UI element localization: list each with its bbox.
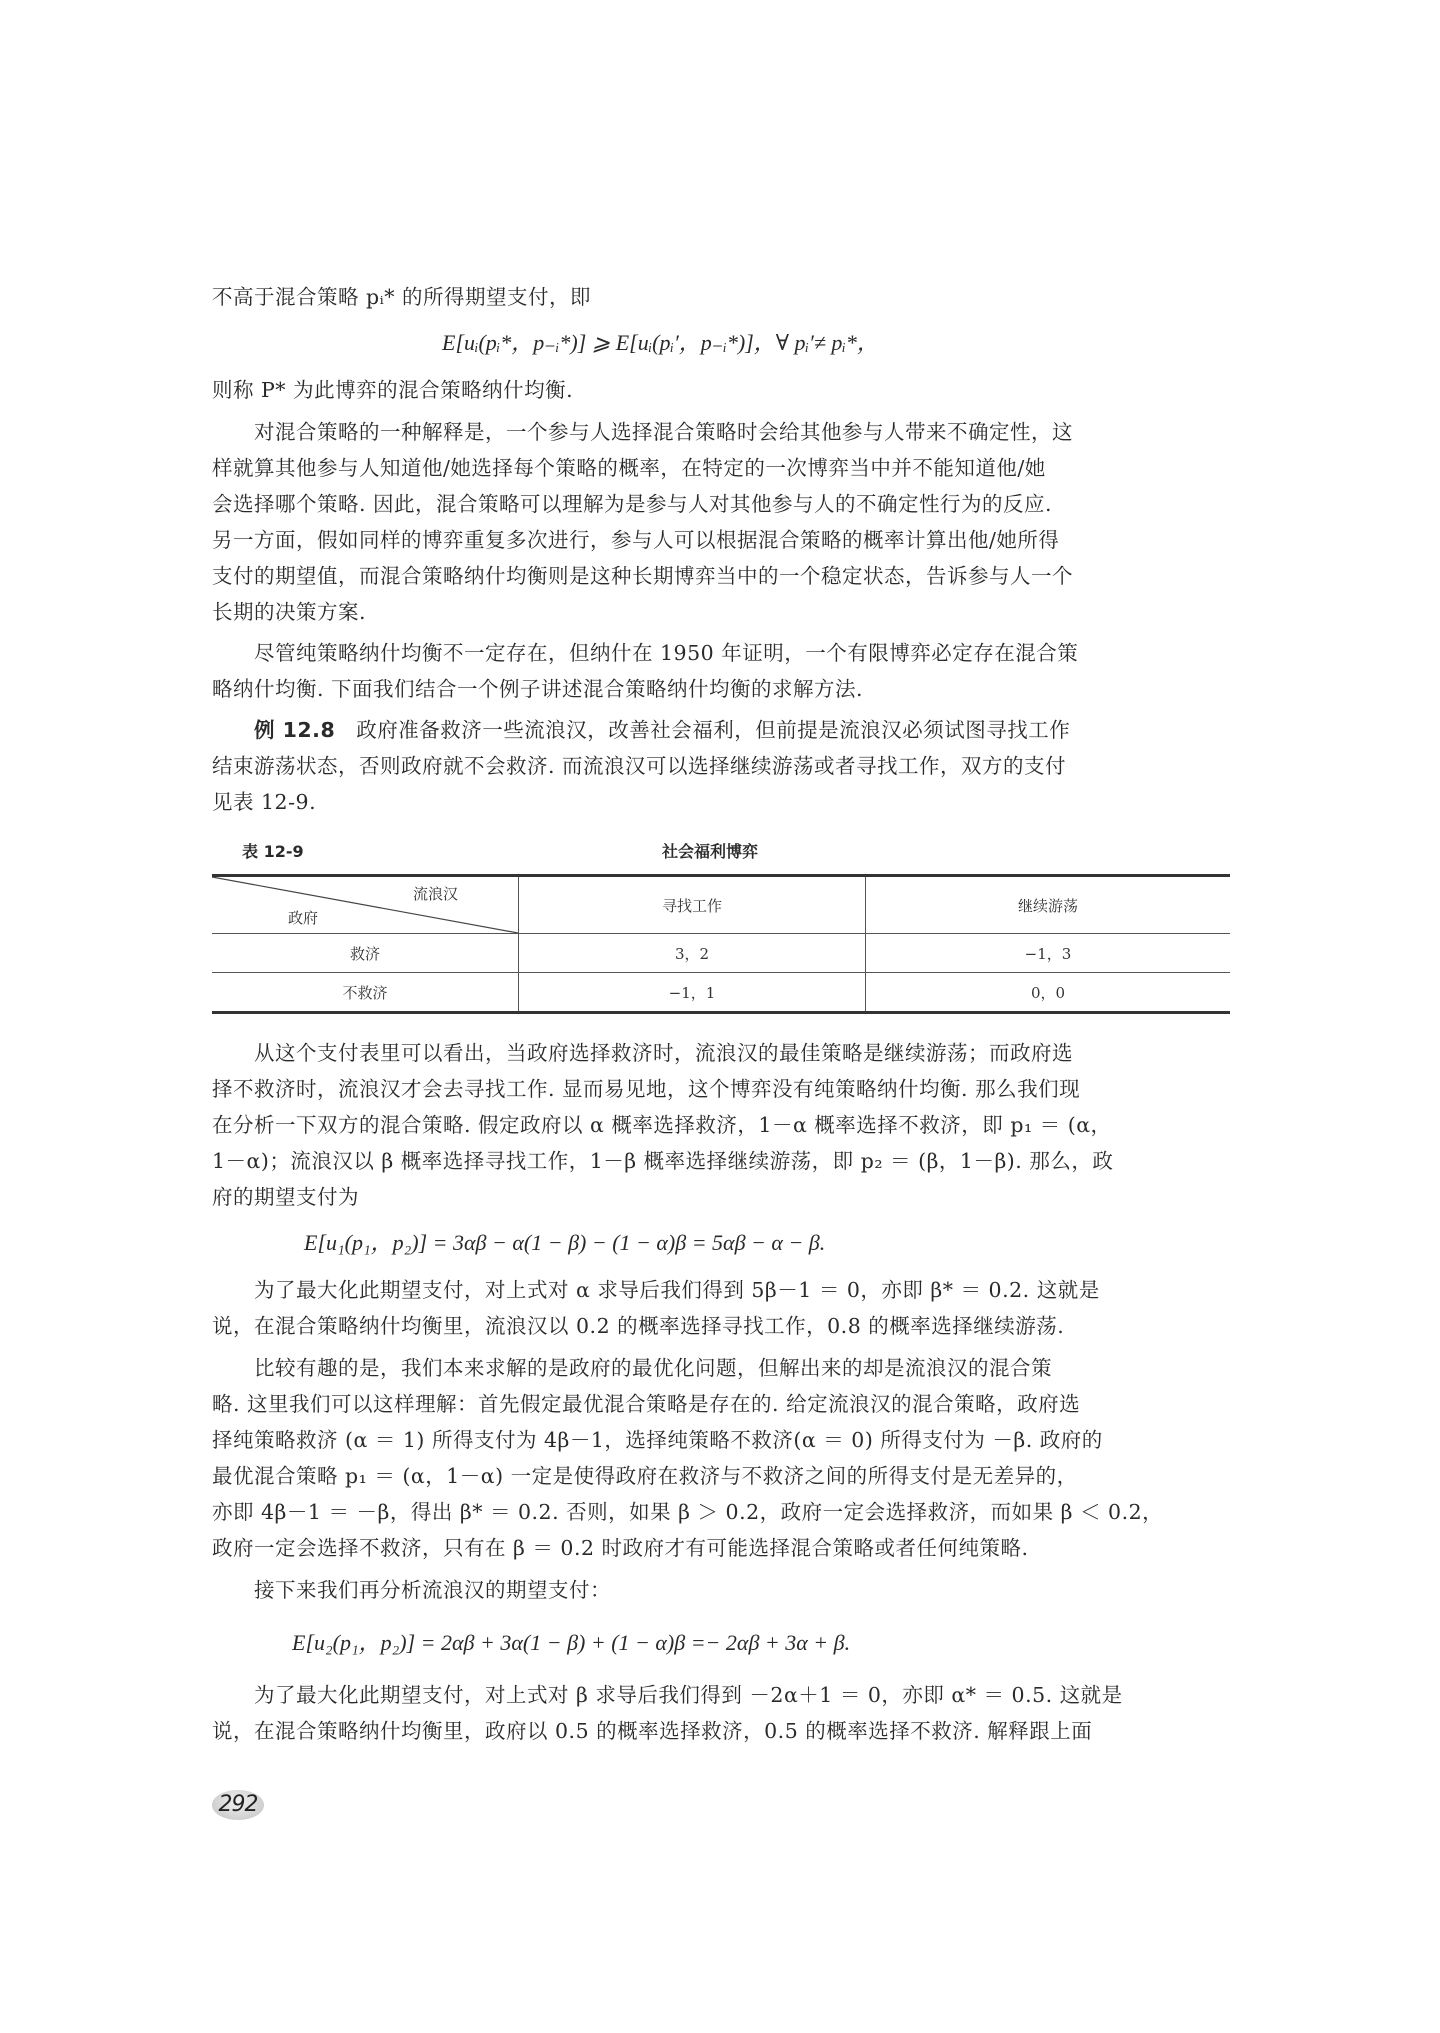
- paragraph-line: 见表 12-9.: [212, 790, 316, 814]
- column-player-label: 流浪汉: [413, 883, 458, 904]
- paragraph-line: 为了最大化此期望支付，对上式对 β 求导后我们得到 －2α＋1 ＝ 0，亦即 α…: [254, 1683, 1123, 1707]
- formula-vagrant-payoff: E[u₂(p₁，p₂)] = 2αβ + 3α(1 − β) + (1 − α)…: [292, 1630, 850, 1656]
- paragraph-line: 样就算其他参与人知道他/她选择每个策略的概率，在特定的一次博弈当中并不能知道他/…: [212, 456, 1046, 480]
- row-header: 救济: [212, 934, 519, 973]
- paragraph-line: 接下来我们再分析流浪汉的期望支付：: [254, 1578, 611, 1602]
- example-line: 例 12.8 政府准备救济一些流浪汉，改善社会福利，但前提是流浪汉必须试图寻找工…: [254, 718, 1070, 742]
- paragraph-line: 略纳什均衡. 下面我们结合一个例子讲述混合策略纳什均衡的求解方法.: [212, 677, 863, 701]
- table-cell: 3，2: [519, 934, 866, 973]
- text-line: 不高于混合策略 pᵢ* 的所得期望支付，即: [212, 285, 591, 309]
- table-cell: 0，0: [866, 973, 1231, 1013]
- paragraph-line: 在分析一下双方的混合策略. 假定政府以 α 概率选择救济，1－α 概率选择不救济…: [212, 1113, 1112, 1137]
- table-row: 不救济 −1，1 0，0: [212, 973, 1230, 1013]
- paragraph-line: 说，在混合策略纳什均衡里，政府以 0.5 的概率选择救济，0.5 的概率选择不救…: [212, 1719, 1092, 1743]
- table-cell: −1，1: [519, 973, 866, 1013]
- paragraph-line: 为了最大化此期望支付，对上式对 α 求导后我们得到 5β－1 ＝ 0，亦即 β*…: [254, 1278, 1100, 1302]
- paragraph-line: 结束游荡状态，否则政府就不会救济. 而流浪汉可以选择继续游荡或者寻找工作，双方的…: [212, 754, 1066, 778]
- paragraph-line: 亦即 4β－1 ＝ －β，得出 β* ＝ 0.2. 否则，如果 β ＞ 0.2，…: [212, 1500, 1163, 1524]
- paragraph-line: 会选择哪个策略. 因此，混合策略可以理解为是参与人对其他参与人的不确定性行为的反…: [212, 492, 1052, 516]
- text-line: 则称 P* 为此博弈的混合策略纳什均衡.: [212, 378, 573, 402]
- table-header-row: 流浪汉 政府 寻找工作 继续游荡: [212, 876, 1230, 934]
- formula-government-payoff: E[u₁(p₁，p₂)] = 3αβ − α(1 − β) − (1 − α)β…: [304, 1230, 825, 1256]
- paragraph-line: 对混合策略的一种解释是，一个参与人选择混合策略时会给其他参与人带来不确定性，这: [254, 420, 1073, 444]
- paragraph-line: 1－α)；流浪汉以 β 概率选择寻找工作，1－β 概率选择继续游荡，即 p₂ ＝…: [212, 1149, 1113, 1173]
- formula-nash-condition: E[uᵢ(pᵢ*，p₋ᵢ*)] ⩾ E[uᵢ(pᵢ′，p₋ᵢ*)]，∀ pᵢ′≠…: [442, 330, 879, 356]
- column-header: 寻找工作: [519, 876, 866, 934]
- paragraph-line: 比较有趣的是，我们本来求解的是政府的最优化问题，但解出来的却是流浪汉的混合策: [254, 1356, 1052, 1380]
- paragraph-line: 最优混合策略 p₁ ＝ (α，1－α) 一定是使得政府在救济与不救济之间的所得支…: [212, 1464, 1078, 1488]
- paragraph-line: 择不救济时，流浪汉才会去寻找工作. 显而易见地，这个博弈没有纯策略纳什均衡. 那…: [212, 1077, 1080, 1101]
- column-header: 继续游荡: [866, 876, 1231, 934]
- paragraph-line: 另一方面，假如同样的博弈重复多次进行，参与人可以根据混合策略的概率计算出他/她所…: [212, 528, 1059, 552]
- table-row: 救济 3，2 −1，3: [212, 934, 1230, 973]
- example-text: 政府准备救济一些流浪汉，改善社会福利，但前提是流浪汉必须试图寻找工作: [356, 718, 1070, 742]
- payoff-table: 流浪汉 政府 寻找工作 继续游荡 救济 3，2 −1，3 不救济 −1，1 0，…: [212, 874, 1230, 1014]
- table-title: 社会福利博弈: [662, 842, 758, 862]
- paragraph-line: 择纯策略救济 (α ＝ 1) 所得支付为 4β－1，选择纯策略不救济(α ＝ 0…: [212, 1428, 1103, 1452]
- diagonal-line-icon: [212, 877, 518, 933]
- paragraph-line: 长期的决策方案.: [212, 600, 366, 624]
- page-number-badge: 292: [212, 1790, 264, 1820]
- paragraph-line: 府的期望支付为: [212, 1185, 359, 1209]
- paragraph-line: 说，在混合策略纳什均衡里，流浪汉以 0.2 的概率选择寻找工作，0.8 的概率选…: [212, 1314, 1064, 1338]
- paragraph-line: 政府一定会选择不救济，只有在 β ＝ 0.2 时政府才有可能选择混合策略或者任何…: [212, 1536, 1029, 1560]
- row-header: 不救济: [212, 973, 519, 1013]
- table-cell: −1，3: [866, 934, 1231, 973]
- paragraph-line: 从这个支付表里可以看出，当政府选择救济时，流浪汉的最佳策略是继续游荡；而政府选: [254, 1041, 1073, 1065]
- example-label: 例 12.8: [254, 718, 335, 742]
- paragraph-line: 支付的期望值，而混合策略纳什均衡则是这种长期博弈当中的一个稳定状态，告诉参与人一…: [212, 564, 1073, 588]
- table-label: 表 12-9: [242, 842, 304, 862]
- corner-cell: 流浪汉 政府: [212, 876, 519, 934]
- row-player-label: 政府: [288, 907, 318, 928]
- paragraph-line: 尽管纯策略纳什均衡不一定存在，但纳什在 1950 年证明，一个有限博弈必定存在混…: [254, 641, 1078, 665]
- paragraph-line: 略. 这里我们可以这样理解：首先假定最优混合策略是存在的. 给定流浪汉的混合策略…: [212, 1392, 1080, 1416]
